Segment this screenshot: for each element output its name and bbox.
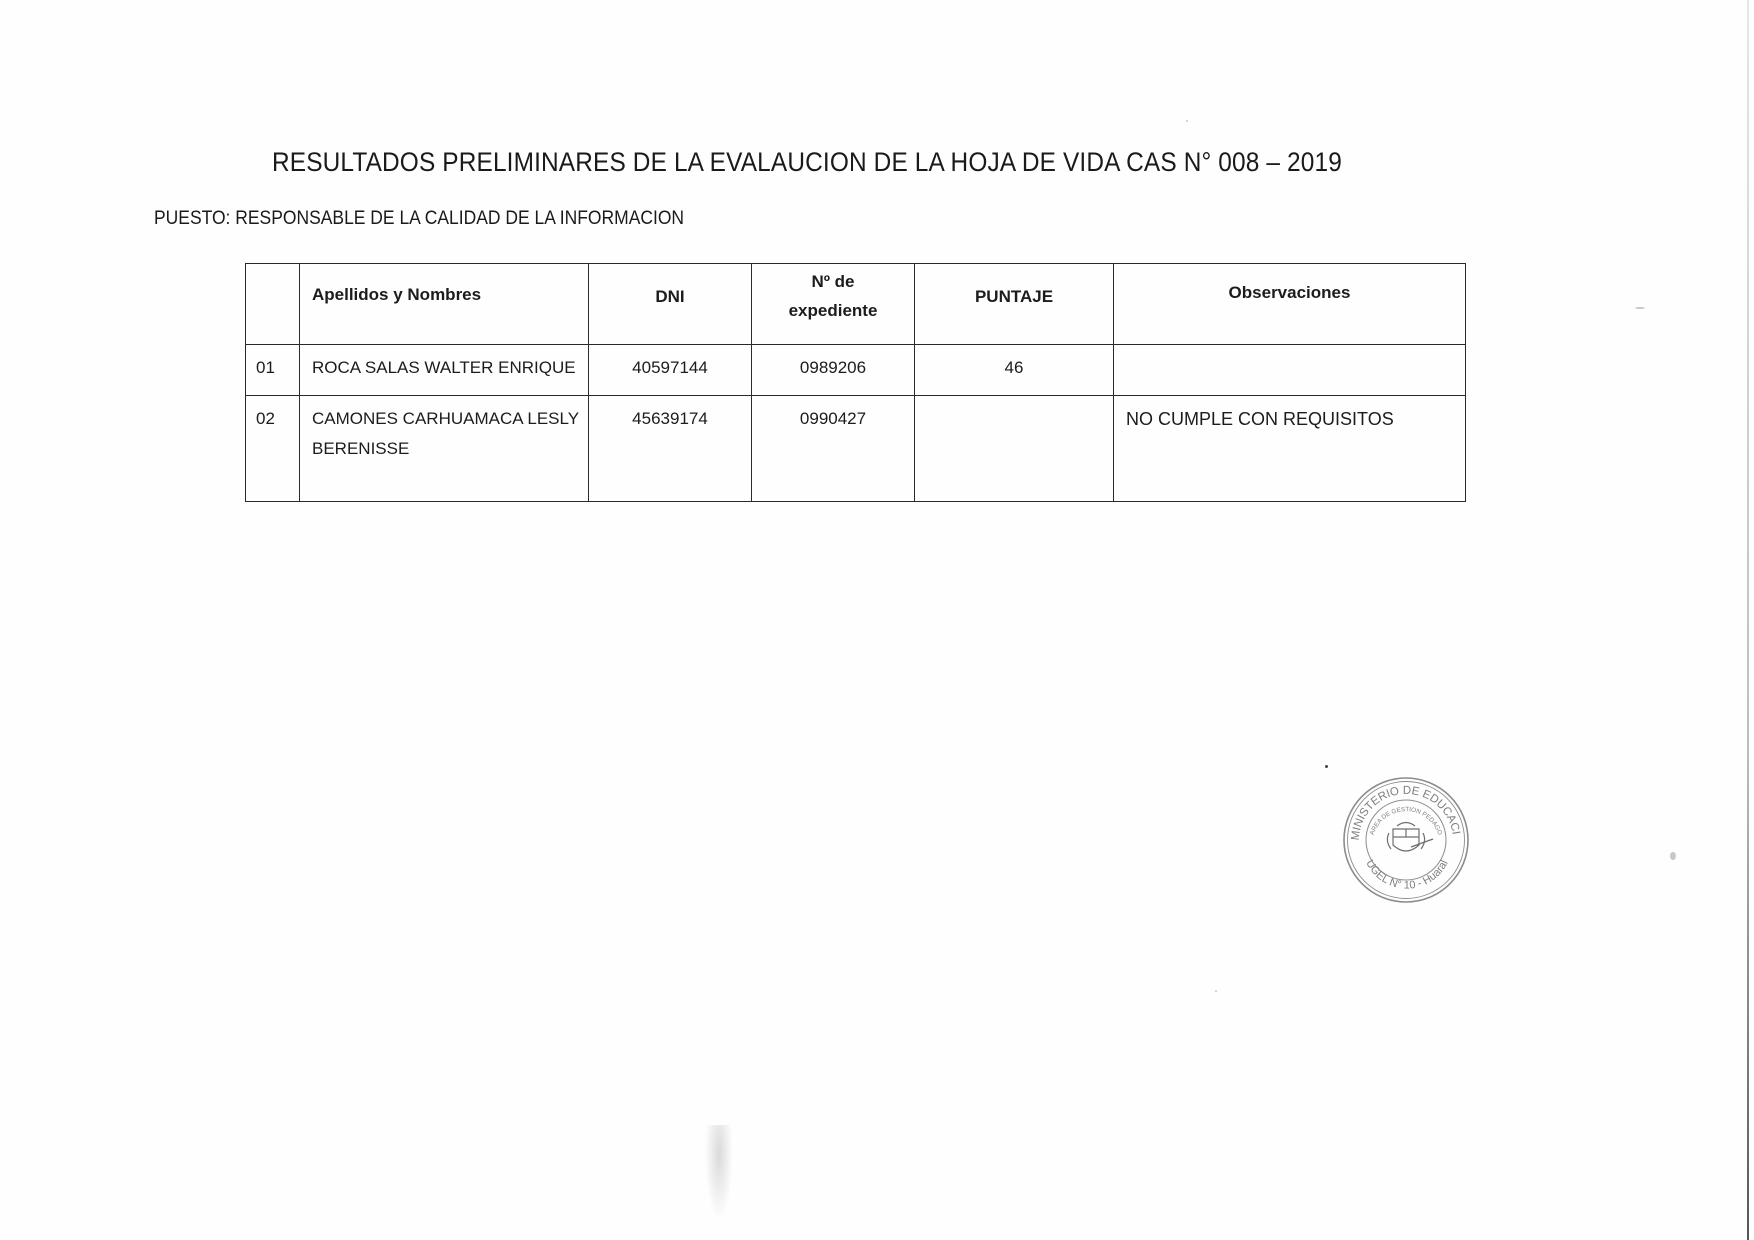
scan-edge-line bbox=[1747, 0, 1749, 1240]
coat-of-arms-icon bbox=[1387, 823, 1433, 852]
applicant-name: CAMONES CARHUAMACA LESLY BERENISSE bbox=[300, 396, 588, 464]
stamp-bottom-text: UGEL N° 10 - Huaral bbox=[1363, 858, 1450, 892]
header-dni: DNI bbox=[589, 264, 752, 345]
applicant-dni: 45639174 bbox=[589, 396, 751, 434]
table-row: 01 ROCA SALAS WALTER ENRIQUE 40597144 09… bbox=[246, 345, 1466, 396]
applicant-observaciones bbox=[1114, 345, 1465, 353]
speck bbox=[1670, 852, 1676, 860]
applicant-dni: 40597144 bbox=[589, 345, 751, 383]
speck bbox=[1325, 765, 1328, 768]
applicant-expediente: 0990427 bbox=[752, 396, 914, 434]
speck bbox=[1215, 990, 1217, 992]
header-expediente: Nº de expediente bbox=[752, 264, 915, 345]
applicant-name: ROCA SALAS WALTER ENRIQUE bbox=[300, 345, 588, 383]
results-table: Apellidos y Nombres DNI Nº de expediente… bbox=[245, 263, 1466, 502]
table-header-row: Apellidos y Nombres DNI Nº de expediente… bbox=[246, 264, 1466, 345]
applicant-puntaje bbox=[915, 396, 1113, 404]
header-observaciones: Observaciones bbox=[1114, 264, 1466, 345]
job-position: PUESTO: RESPONSABLE DE LA CALIDAD DE LA … bbox=[154, 208, 684, 230]
applicant-observaciones: NO CUMPLE CON REQUISITOS bbox=[1114, 396, 1465, 434]
header-puntaje: PUNTAJE bbox=[915, 264, 1114, 345]
header-num bbox=[246, 264, 300, 345]
official-seal-stamp: MINISTERIO DE EDUCACION AREA DE GESTION … bbox=[1341, 775, 1471, 905]
row-number: 01 bbox=[246, 345, 299, 383]
applicant-expediente: 0989206 bbox=[752, 345, 914, 383]
scan-smudge bbox=[705, 1125, 733, 1220]
table-row: 02 CAMONES CARHUAMACA LESLY BERENISSE 45… bbox=[246, 396, 1466, 502]
applicant-puntaje: 46 bbox=[915, 345, 1113, 383]
document-title: RESULTADOS PRELIMINARES DE LA EVALAUCION… bbox=[272, 147, 1331, 178]
row-number: 02 bbox=[246, 396, 299, 434]
speck bbox=[1635, 307, 1645, 309]
header-name: Apellidos y Nombres bbox=[300, 264, 589, 345]
scanned-page: RESULTADOS PRELIMINARES DE LA EVALAUCION… bbox=[0, 0, 1754, 1240]
speck bbox=[1186, 120, 1188, 122]
